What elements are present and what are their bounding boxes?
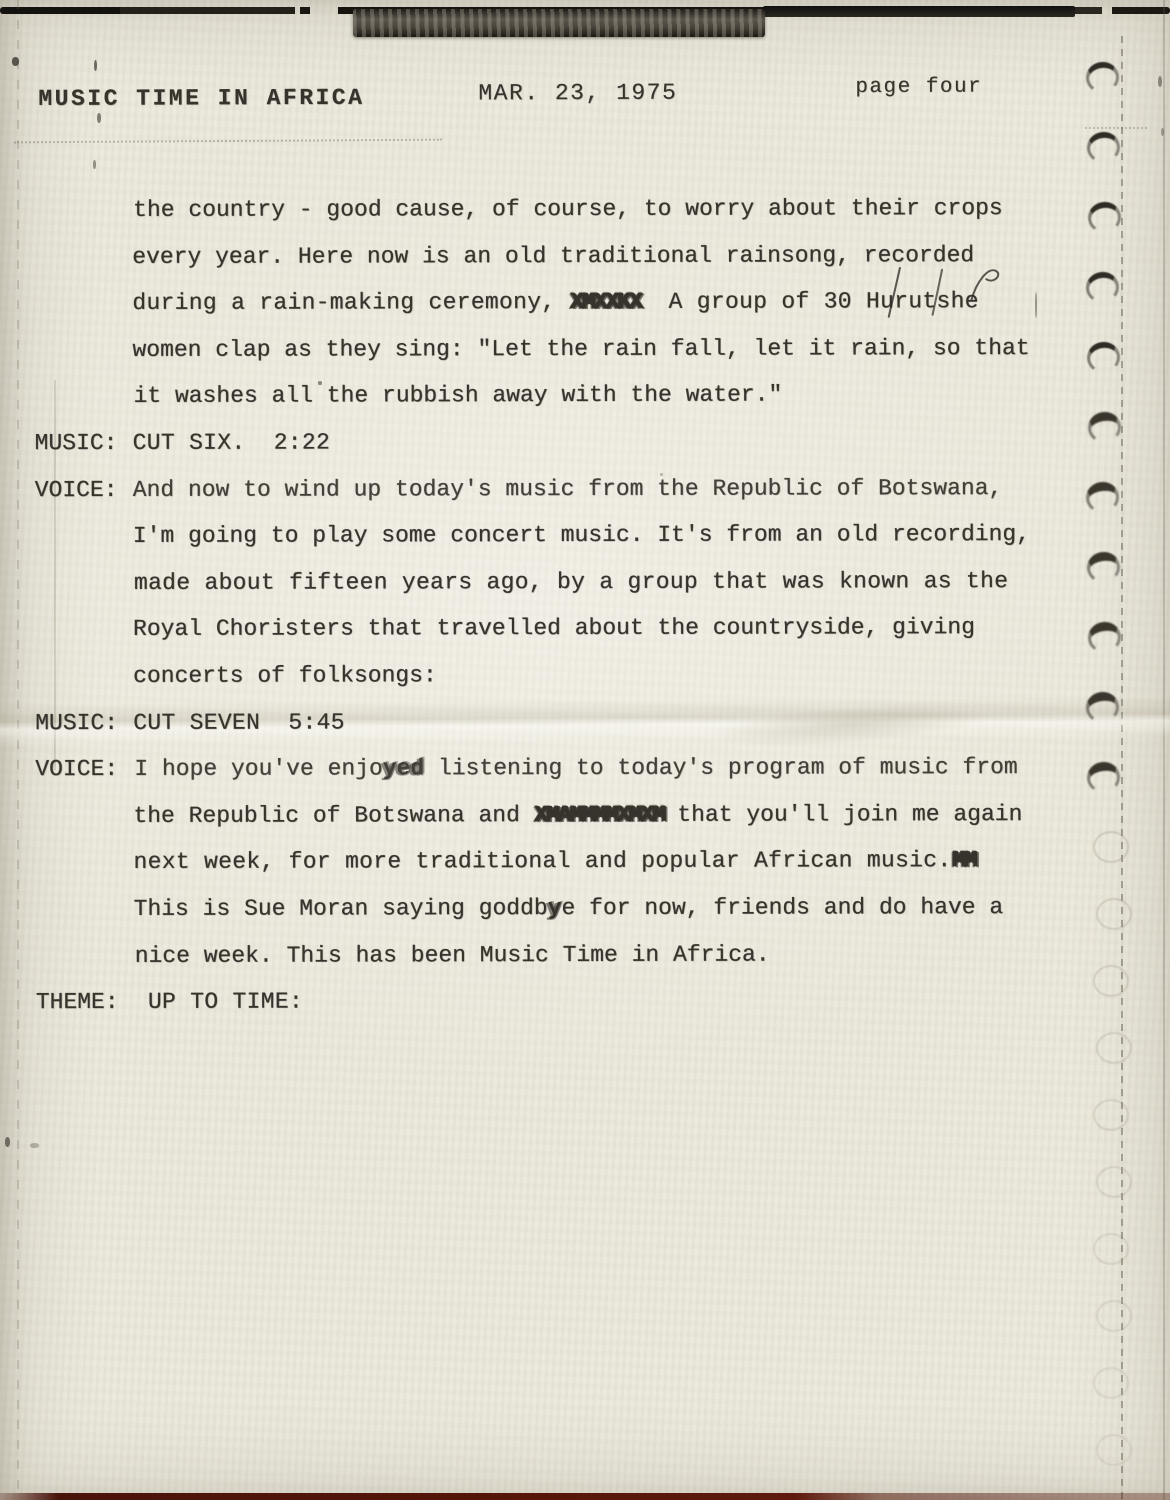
- typed-over-strikeout: XMXXKX: [570, 289, 641, 315]
- script-line: MUSIC:CUT SIX. 2:22: [35, 418, 1130, 467]
- line-text: Royal Choristers that travelled about th…: [133, 615, 975, 643]
- script-line: the country - good cause, of course, to …: [34, 185, 1129, 234]
- typed-over-strikeout: XMAMMMMXMXM: [534, 802, 664, 828]
- scan-edge-line-top-right: [763, 6, 1075, 17]
- line-text: UP TO TIME:: [134, 989, 303, 1015]
- script-line: women clap as they sing: "Let the rain f…: [34, 325, 1129, 374]
- punch-hole-ghost: [1096, 1032, 1132, 1064]
- punch-hole-ghost: [1096, 1300, 1132, 1332]
- line-text: every year. Here now is an old tradition…: [132, 242, 974, 270]
- handwritten-marked-word: Hurutshe: [866, 278, 979, 325]
- script-line: the Republic of Botswana and XMAMMMMXMXM…: [35, 791, 1130, 840]
- cue-label: VOICE:: [35, 467, 118, 514]
- script-line: every year. Here now is an old tradition…: [34, 231, 1129, 280]
- ink-speck: [5, 1137, 10, 1147]
- ink-speck: [12, 57, 19, 66]
- page-header: MUSIC TIME IN AFRICA MAR. 23, 1975 page …: [0, 0, 1170, 2]
- line-text: the country - good cause, of course, to …: [133, 185, 1003, 233]
- cue-label: MUSIC:: [35, 700, 118, 747]
- punch-hole-ghost: [1093, 1367, 1129, 1399]
- scanned-script-page: MUSIC TIME IN AFRICA MAR. 23, 1975 page …: [0, 0, 1170, 1500]
- overtyped-correction: yed: [383, 755, 424, 781]
- ink-speck: [1158, 76, 1162, 87]
- binder-line-bottom: [0, 1493, 1170, 1500]
- line-text: next week, for more traditional and popu…: [134, 847, 976, 875]
- cue-label: MUSIC:: [35, 420, 118, 467]
- cue-label: VOICE:: [35, 746, 118, 793]
- line-text: it washes all the rubbish away with the …: [134, 372, 783, 420]
- script-line: Royal Choristers that travelled about th…: [35, 604, 1130, 653]
- script-line: nice week. This has been Music Time in A…: [36, 930, 1131, 979]
- script-body: the country - good cause, of course, to …: [34, 185, 1131, 1026]
- script-line: This is Sue Moran saying goddbye for now…: [36, 884, 1131, 933]
- line-text: during a rain-making ceremony, XMXXKX A …: [132, 288, 979, 316]
- line-text: concerts of folksongs:: [133, 662, 437, 689]
- show-title: MUSIC TIME IN AFRICA: [38, 85, 364, 112]
- broadcast-date: MAR. 23, 1975: [478, 80, 677, 107]
- script-line: VOICE:And now to wind up today's music f…: [35, 464, 1130, 513]
- punch-hole-ghost: [1093, 1233, 1129, 1265]
- line-text: made about fifteen years ago, by a group…: [134, 558, 1008, 606]
- faint-dotted-rule-right: [1085, 127, 1147, 129]
- script-line: concerts of folksongs:: [35, 651, 1130, 700]
- script-line: next week, for more traditional and popu…: [35, 837, 1130, 886]
- punch-hole-ghost: [1096, 1166, 1132, 1198]
- script-line: made about fifteen years ago, by a group…: [35, 558, 1130, 607]
- line-text: And now to wind up today's music from th…: [133, 475, 1003, 503]
- line-text: I hope you've enjoyed listening to today…: [134, 744, 1017, 792]
- line-text: This is Sue Moran saying goddbye for now…: [134, 894, 1004, 922]
- punch-hole-ghost: [1096, 1434, 1132, 1466]
- line-text: women clap as they sing: "Let the rain f…: [132, 335, 1029, 363]
- ink-speck: [93, 160, 96, 169]
- script-line: during a rain-making ceremony, XMXXKX A …: [34, 278, 1129, 327]
- faint-dotted-rule: [14, 139, 442, 144]
- page-number-label: page four: [855, 76, 982, 99]
- overtyped-correction: y: [548, 895, 562, 921]
- handwritten-flourish-icon: [969, 262, 1005, 304]
- script-line: I'm going to play some concert music. It…: [35, 511, 1130, 560]
- line-text: nice week. This has been Music Time in A…: [135, 931, 770, 979]
- scan-grain-left-edge: [17, 0, 19, 1500]
- punch-hole-mark: [1085, 130, 1122, 165]
- script-line: it washes all the rubbish away with the …: [35, 371, 1130, 420]
- script-line: MUSIC:CUT SEVEN 5:45: [35, 697, 1130, 746]
- cue-label: THEME:: [36, 979, 119, 1026]
- ink-speck: [1161, 128, 1164, 136]
- line-text: CUT SEVEN 5:45: [133, 709, 345, 735]
- ink-speck: [94, 60, 97, 71]
- punch-hole-mark: [1084, 60, 1121, 95]
- ink-speck: [30, 1143, 39, 1148]
- scan-dark-tape-bar: [353, 9, 765, 37]
- page-edge-line-right: [1163, 0, 1165, 1500]
- ink-speck: [97, 113, 101, 123]
- punch-hole-ghost: [1093, 1099, 1129, 1131]
- line-text: CUT SIX. 2:22: [133, 429, 330, 455]
- line-text: the Republic of Botswana and XMAMMMMXMXM…: [133, 801, 1022, 829]
- line-text: I'm going to play some concert music. It…: [133, 521, 1030, 549]
- script-line: THEME: UP TO TIME:: [36, 977, 1131, 1026]
- script-line: VOICE:I hope you've enjoyed listening to…: [35, 744, 1130, 793]
- typed-over-strikeout: MM: [951, 847, 975, 873]
